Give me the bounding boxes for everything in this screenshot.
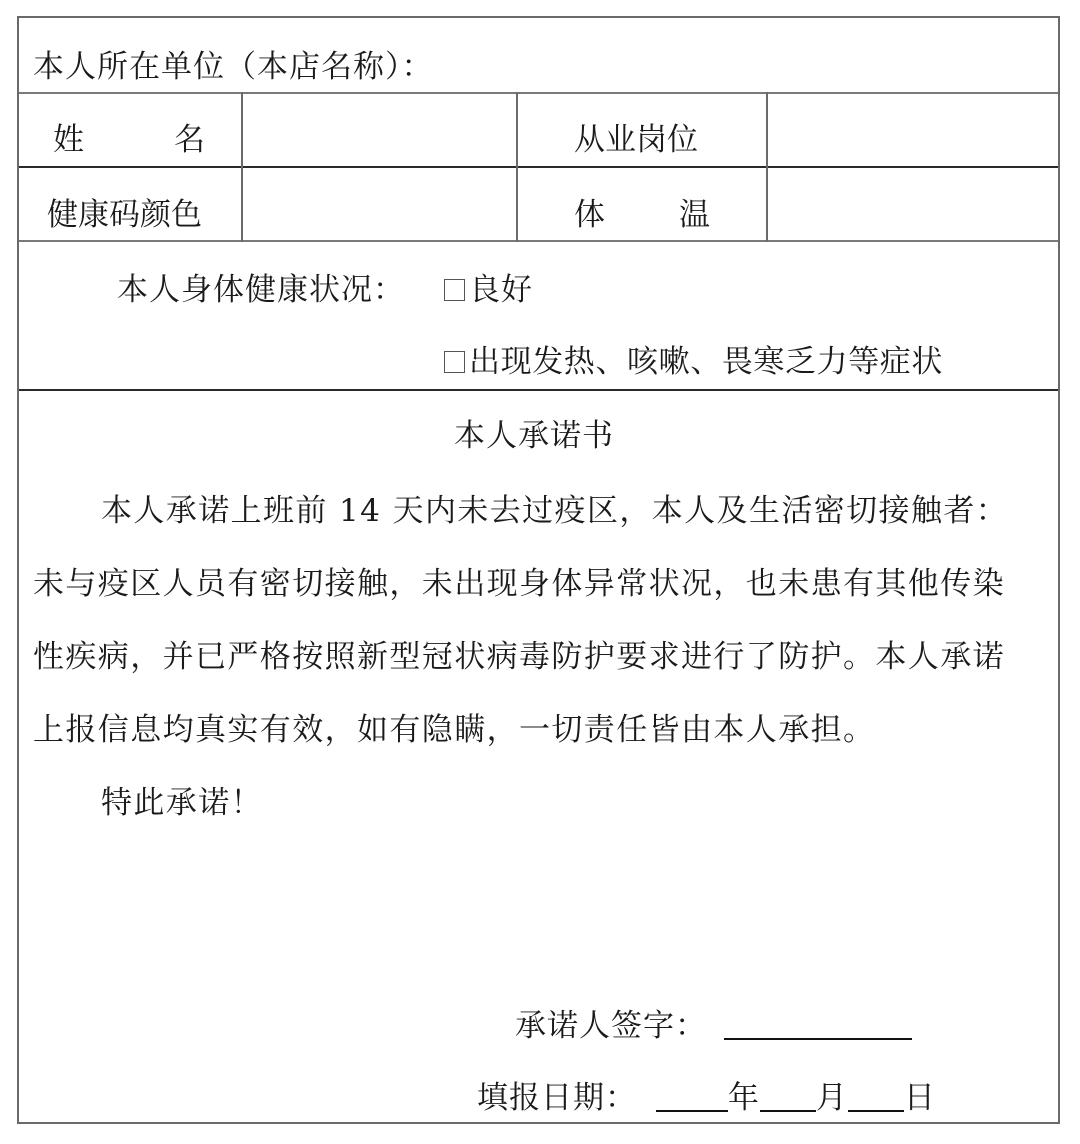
date-label: 填报日期： xyxy=(477,1080,637,1116)
pledge-title: 本人承诺书 xyxy=(454,418,614,454)
temperature-label-char: 体 xyxy=(574,197,605,233)
health-option-symptoms-label: 出现发热、咳嗽、畏寒乏力等症状 xyxy=(469,344,943,380)
pledge-line: 性疾病，并已严格按照新型冠状病毒防护要求进行了防护。本人承诺 xyxy=(33,639,1053,675)
signature-label: 承诺人签字： xyxy=(515,1008,707,1044)
day-unit: 日 xyxy=(904,1080,936,1116)
unit-name-field[interactable] xyxy=(449,28,1049,90)
name-label-char: 姓 xyxy=(53,122,84,158)
month-unit: 月 xyxy=(816,1080,848,1116)
row-divider xyxy=(19,389,1058,391)
row-divider xyxy=(19,240,1058,242)
temperature-label: 体 温 xyxy=(574,197,710,233)
health-code-color-label: 健康码颜色 xyxy=(47,197,202,233)
position-field[interactable] xyxy=(768,94,1058,166)
pledge-line: 本人承诺上班前 14 天内未去过疫区，本人及生活密切接触者： xyxy=(101,493,1080,529)
health-option-symptoms[interactable]: 出现发热、咳嗽、畏寒乏力等症状 xyxy=(444,344,943,380)
checkbox-good[interactable] xyxy=(444,279,465,301)
name-label: 姓 名 xyxy=(53,122,205,158)
signature-field[interactable] xyxy=(724,1008,912,1040)
month-field[interactable] xyxy=(760,1080,816,1112)
health-code-color-field[interactable] xyxy=(243,168,516,240)
temperature-field[interactable] xyxy=(768,168,1058,240)
day-field[interactable] xyxy=(848,1080,904,1112)
pledge-line: 上报信息均真实有效，如有隐瞒，一切责任皆由本人承担。 xyxy=(33,712,1053,748)
commitment-form: 本人所在单位（本店名称）： 姓 名 从业岗位 健康码颜色 体 温 本人身体健康状… xyxy=(17,16,1060,1124)
year-unit: 年 xyxy=(728,1080,760,1116)
health-option-good[interactable]: 良好 xyxy=(444,272,533,308)
unit-label: 本人所在单位（本店名称）： xyxy=(33,49,434,85)
pledge-line: 未与疫区人员有密切接触，未出现身体异常状况，也未患有其他传染 xyxy=(33,566,1053,602)
name-label-char: 名 xyxy=(174,122,205,158)
health-status-label: 本人身体健康状况： xyxy=(117,272,405,308)
date-row: 填报日期： 年月日 xyxy=(477,1080,936,1116)
position-label: 从业岗位 xyxy=(574,122,698,158)
pledge-closing: 特此承诺！ xyxy=(101,785,1080,821)
temperature-label-char: 温 xyxy=(679,197,710,233)
name-field[interactable] xyxy=(243,94,516,166)
health-option-good-label: 良好 xyxy=(469,272,533,308)
signature-row: 承诺人签字： xyxy=(515,1008,912,1044)
checkbox-symptoms[interactable] xyxy=(444,351,465,373)
year-field[interactable] xyxy=(656,1080,728,1112)
column-divider xyxy=(516,92,518,242)
